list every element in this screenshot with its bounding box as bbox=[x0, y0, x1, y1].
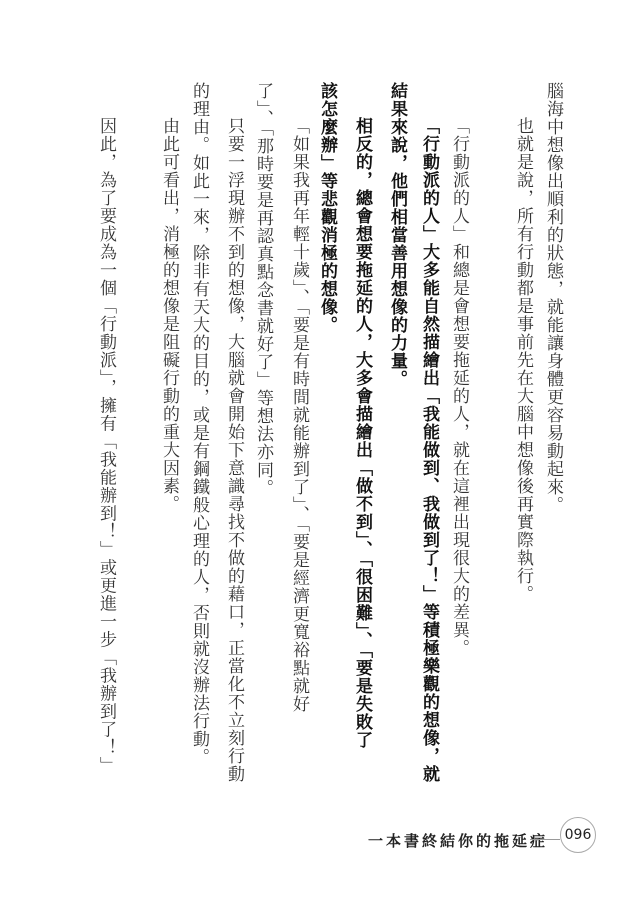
running-book-title: 一本書終結你的拖延症 bbox=[368, 830, 548, 851]
page-footer: 一本書終結你的拖延症 096 bbox=[360, 812, 620, 872]
text-column-12: 由此可看出，消極的想像是阻礙行動的重大因素。 bbox=[159, 117, 179, 513]
text-column-2: 也就是說，所有行動都是事前先在大腦中想像後再實際執行。 bbox=[513, 117, 533, 603]
text-column-1: 腦海中想像出順利的狀態，就能讓身體更容易動起來。 bbox=[543, 82, 563, 514]
text-column-10: 只要一浮現辦不到的想像，大腦就會開始下意識尋找不做的藉口，正當化不立刻行動 bbox=[224, 117, 244, 783]
text-column-8: 「如果我再年輕十歲」、「要是有時間就能辦到了」、「要是經濟更寬裕點就好 bbox=[289, 117, 309, 713]
text-column-4-bold: 「行動派的人」大多能自然描繪出「我能做到、我做到了！」等積極樂觀的想像，就 bbox=[419, 117, 439, 783]
book-page: 腦海中想像出順利的狀態，就能讓身體更容易動起來。 也就是說，所有行動都是事前先在… bbox=[0, 0, 634, 900]
text-column-5-bold: 結果來說，他們相當善用想像的力量。 bbox=[387, 82, 407, 388]
page-number-badge: 096 bbox=[560, 817, 596, 853]
text-column-9: 了」、「那時要是再認真點念書就好了」等想法亦同。 bbox=[253, 82, 273, 497]
footer-divider bbox=[530, 839, 560, 840]
text-column-6-bold: 相反的，總會想要拖延的人，大多會描繪出「做不到」、「很困難」、「要是失敗了 bbox=[352, 117, 372, 749]
text-column-3: 「行動派的人」和總是會想要拖延的人，就在這裡出現很大的差異。 bbox=[449, 117, 469, 657]
text-column-7-bold: 該怎麼辦」等悲觀消極的想像。 bbox=[317, 82, 337, 334]
text-column-11: 的理由。如此一來，除非有天大的目的，或是有鋼鐵般心理的人，否則就沒辦法行動。 bbox=[189, 82, 209, 766]
text-column-13: 因此，為了要成為一個「行動派」，擁有「我能辦到！」或更進一步「我辦到了！」 bbox=[96, 117, 116, 775]
